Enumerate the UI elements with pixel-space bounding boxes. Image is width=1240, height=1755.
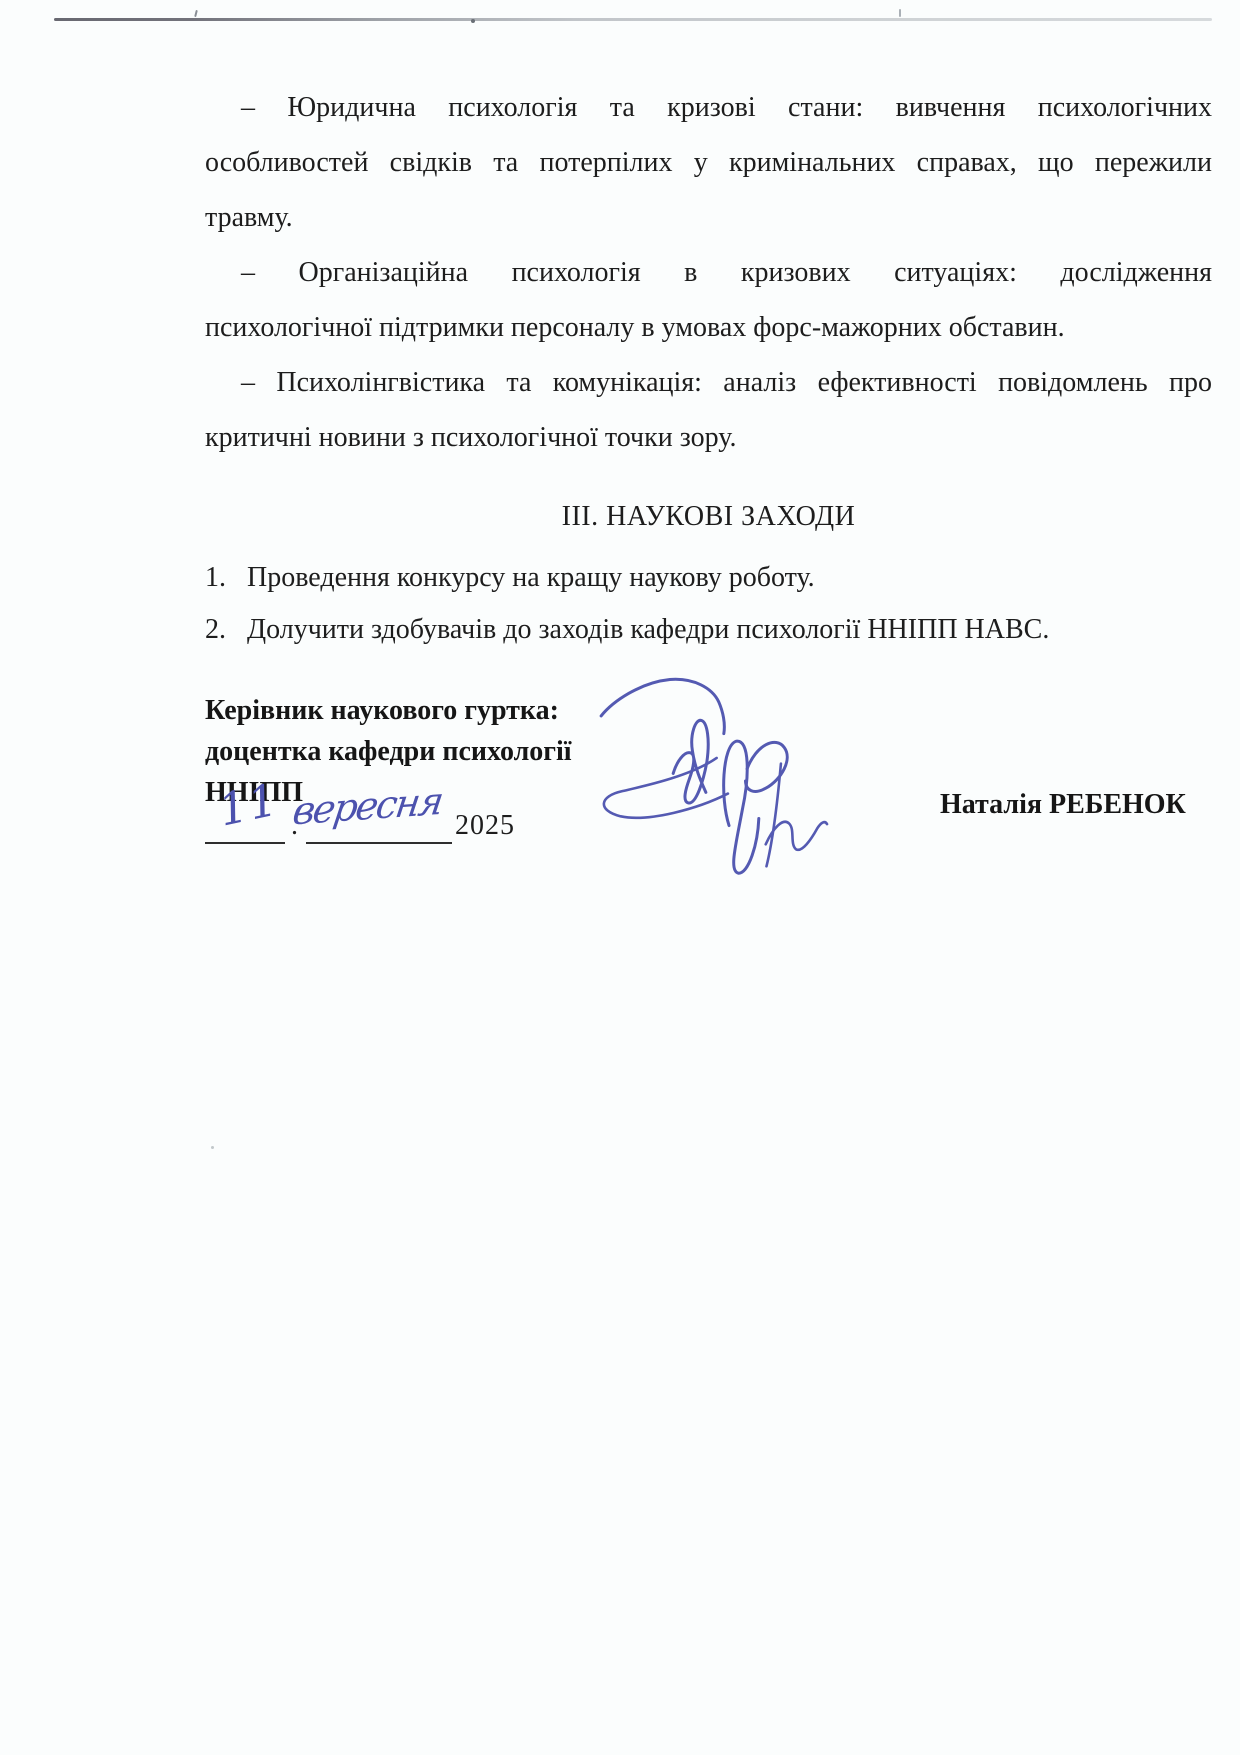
paragraph-line: травму. — [205, 190, 1212, 245]
list-item: 2. Долучити здобувачів до заходів кафедр… — [205, 604, 1212, 656]
list-item: 1. Проведення конкурсу на кращу наукову … — [205, 552, 1212, 604]
section-heading: ІІІ. НАУКОВІ ЗАХОДИ — [205, 501, 1212, 533]
paragraph-line: – Психолінгвістика та комунікація: аналі… — [205, 355, 1212, 410]
numbered-list: 1. Проведення конкурсу на кращу наукову … — [205, 552, 1212, 656]
signature-scribble — [581, 646, 849, 890]
paragraph-line: – Юридична психологія та кризові стани: … — [205, 80, 1212, 135]
document-page: – Юридична психологія та кризові стани: … — [0, 0, 1240, 1755]
list-item-number: 2. — [205, 604, 247, 656]
list-item-text: Проведення конкурсу на кращу наукову роб… — [247, 552, 815, 604]
paragraph-line: психологічної підтримки персоналу в умов… — [205, 300, 1212, 355]
list-item-text: Долучити здобувачів до заходів кафедри п… — [247, 604, 1049, 656]
scan-speck — [899, 9, 901, 17]
scan-speck — [194, 10, 198, 17]
scan-speck — [471, 19, 475, 23]
scan-speck — [211, 1146, 214, 1149]
paragraph-line: – Організаційна психологія в кризових си… — [205, 245, 1212, 300]
paragraph-line: критичні новини з психологічної точки зо… — [205, 410, 1212, 465]
scan-artifact-line — [54, 18, 1212, 21]
paragraph-line: особливостей свідків та потерпілих у кри… — [205, 135, 1212, 190]
signer-name: Наталія РЕБЕНОК — [940, 789, 1186, 821]
list-item-number: 1. — [205, 552, 247, 604]
date-year: 2025 — [455, 810, 515, 844]
body-paragraphs: – Юридична психологія та кризові стани: … — [205, 80, 1212, 465]
